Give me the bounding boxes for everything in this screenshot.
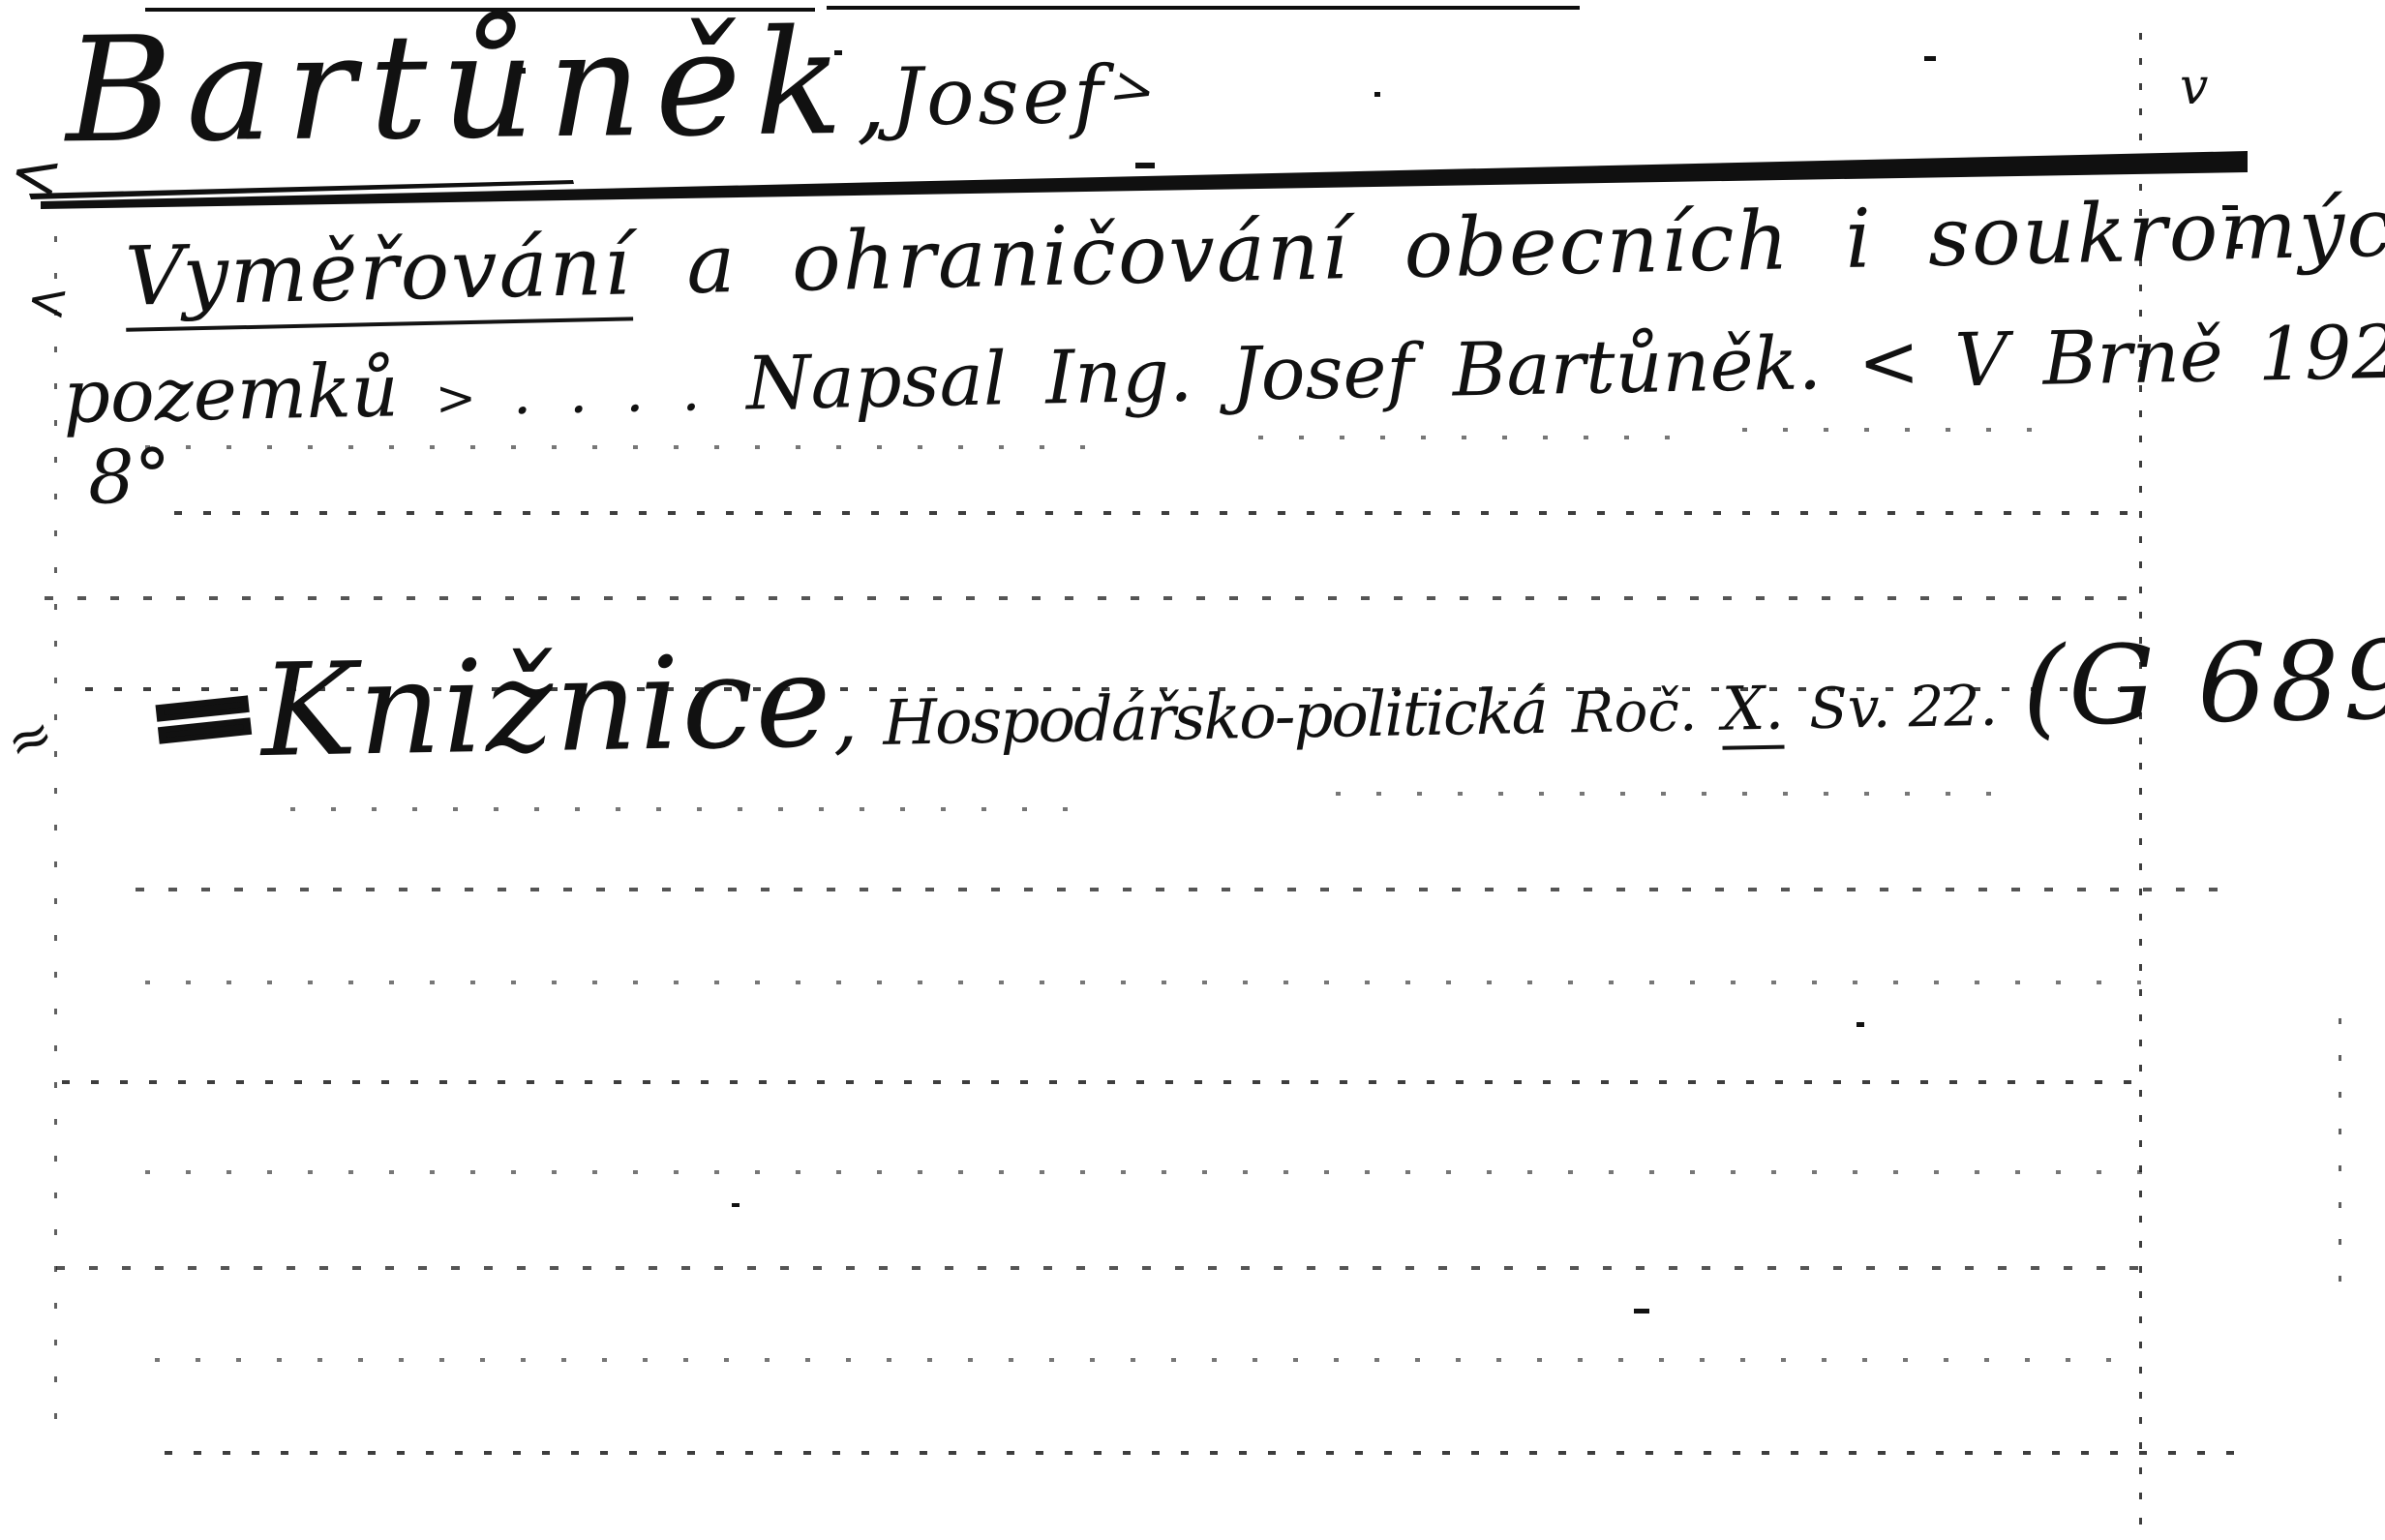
ruled-line [62,1080,2141,1084]
series-volume-label: Roč. [1571,678,1698,745]
ruled-line [155,1358,2141,1362]
title-filing-word: Vyměřování [124,218,633,331]
scan-speck [1374,92,1380,97]
ruled-line [136,888,2236,891]
format-statement: 8° [86,438,172,515]
heading-separator: , [856,46,887,155]
series-equals-mark: = [140,650,266,781]
title-line-2: pozemků > . . . . Napsal Ing. Josef Bart… [63,312,2385,434]
scan-speck [732,1203,740,1207]
statement-of-responsibility: Napsal Ing. Josef Bartůněk. [745,326,1822,420]
title-line2-word: pozemků [63,353,400,434]
imprint: < V Brně 1921. > [1857,312,2385,399]
scan-speck [1857,1022,1864,1027]
ruled-line [174,511,2139,515]
heading-line: < Bartůněk, Josef > [8,8,1156,165]
series-separator: , [832,673,859,763]
series-volume-number: X. [1722,673,1785,750]
heading-surname: Bartůněk [65,0,857,175]
series-subtitle: Hospodářsko-politická [883,677,1548,760]
corner-mark: v [2180,62,2208,112]
ruled-line [165,1451,2255,1455]
ruled-line [56,1266,2141,1270]
title-line2-dots: . . . . [512,361,710,423]
ruled-line [145,445,1094,449]
series-left-scribble: ≈ [0,706,62,772]
ruled-line [1742,428,2033,432]
ruled-line [145,1170,2168,1174]
ruled-line [290,807,1084,811]
catalog-card: < Bartůněk, Josef > v < Vyměřování a ohr… [0,0,2385,1540]
ruled-line [1258,436,1675,439]
title-left-angle-mark: < [23,273,75,329]
heading-right-angle-mark: > [1106,58,1162,119]
ruled-line [1336,792,1994,796]
series-line: = Knižnice, Hospodářsko-politická Roč. X… [150,597,2385,788]
series-name: Knižnice [259,627,833,786]
left-margin-rule [54,236,57,1422]
series-issue: Sv. 22. [1808,673,1998,741]
ruled-line [45,596,2141,600]
far-right-margin-rule [2339,1018,2341,1304]
title-line2-angle-mark: > [435,374,476,423]
scan-speck [1634,1309,1649,1314]
scan-speck [1924,56,1936,61]
ruled-line [145,981,2141,984]
heading-given-name: Josef [891,56,1107,137]
scan-speck [1135,163,1155,168]
series-call-number: (G 689.) [2021,617,2385,751]
